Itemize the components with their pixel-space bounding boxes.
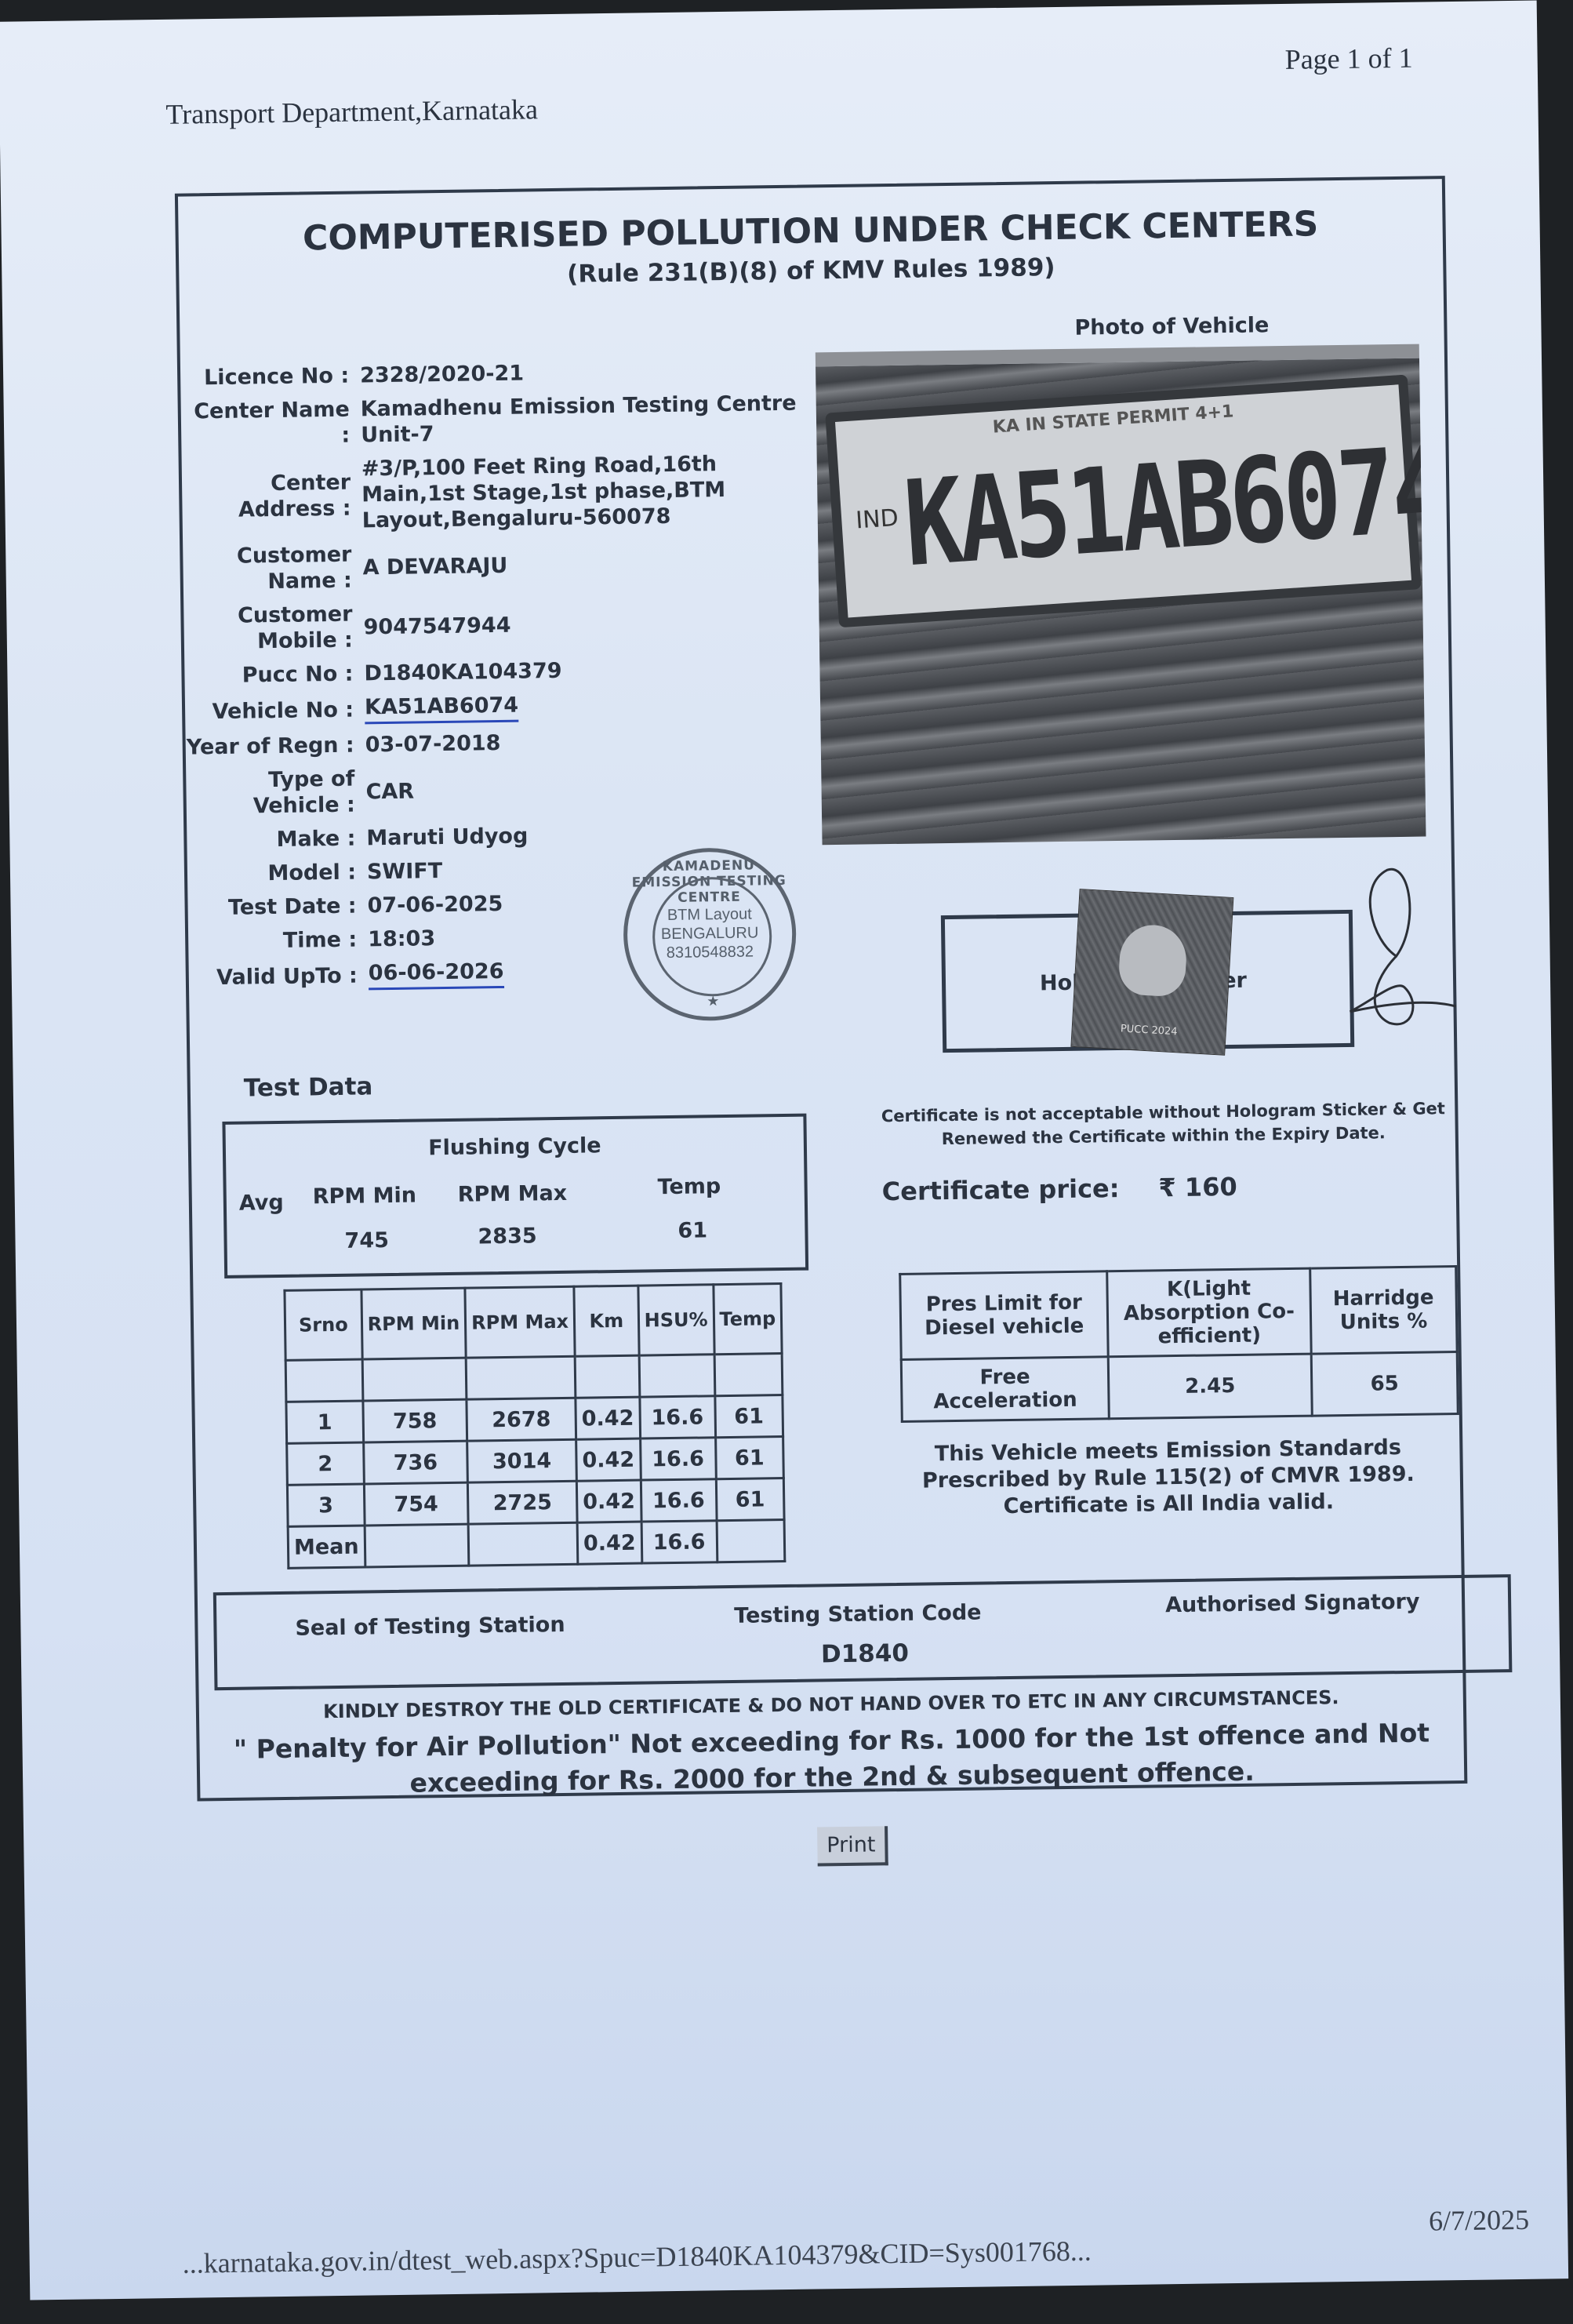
table-cell: [466, 1356, 576, 1399]
table-cell: 754: [364, 1482, 468, 1526]
flushing-header: Temp: [657, 1174, 721, 1199]
field-row: Customer Mobile :9047547944: [183, 595, 827, 655]
table-row: 273630140.4216.661: [287, 1437, 784, 1486]
table-cell: Mean: [288, 1526, 365, 1568]
table-row: 375427250.4216.661: [287, 1478, 784, 1527]
field-label: Valid UpTo :: [189, 962, 369, 991]
field-value-text: SWIFT: [367, 859, 443, 884]
table-cell: 736: [363, 1441, 467, 1484]
field-value: D1840KA104379: [364, 654, 827, 686]
field-value: #3/P,100 Feet Ring Road,16th Main,1st St…: [361, 449, 826, 533]
printed-certificate-page: Transport Department,Karnataka Page 1 of…: [0, 0, 1568, 2300]
star-icon: ★: [707, 993, 719, 1009]
testing-station-box: Seal of Testing Station Testing Station …: [213, 1574, 1513, 1690]
table-cell: [639, 1355, 715, 1397]
field-row: Type of Vehicle :CAR: [186, 759, 830, 820]
price-value: ₹ 160: [1158, 1172, 1237, 1202]
field-value-text: 9047547944: [363, 613, 510, 639]
field-value-text: CAR: [365, 779, 414, 804]
puc-certificate: COMPUTERISED POLLUTION UNDER CHECK CENTE…: [175, 176, 1467, 1801]
signatory-label: Authorised Signatory: [1165, 1590, 1420, 1618]
field-value: 2328/2020-21: [360, 356, 823, 388]
penalty-notice: " Penalty for Air Pollution" Not exceedi…: [215, 1715, 1448, 1804]
table-cell: 0.42: [576, 1397, 640, 1439]
table-cell: 1: [286, 1401, 363, 1443]
table-cell: [362, 1358, 467, 1401]
plate-number: KA51AB6074: [900, 421, 1426, 593]
field-value: Kamadhenu Emission Testing Centre Unit-7: [361, 390, 825, 448]
flushing-value: 2835: [478, 1224, 537, 1249]
table-cell: 61: [716, 1478, 784, 1521]
field-value-text: #3/P,100 Feet Ring Road,16th Main,1st St…: [361, 452, 726, 533]
table-cell: 65: [1311, 1352, 1458, 1417]
hologram-notice: Certificate is not acceptable without Ho…: [861, 1097, 1466, 1152]
field-value-text: 07-06-2025: [367, 892, 503, 918]
table-cell: 16.6: [641, 1479, 717, 1522]
page-indicator: Page 1 of 1: [1284, 42, 1413, 76]
table-cell: 3014: [467, 1439, 577, 1482]
station-code-label: Testing Station Code: [734, 1601, 982, 1628]
field-row: Make :Maruti Udyog: [187, 819, 830, 853]
table-cell: 2725: [468, 1481, 578, 1524]
column-header: RPM Max: [465, 1286, 575, 1358]
column-header: RPM Min: [361, 1288, 467, 1359]
field-row: Center Address :#3/P,100 Feet Ring Road,…: [182, 449, 826, 536]
field-value-text: Maruti Udyog: [366, 824, 528, 851]
table-cell: [575, 1355, 639, 1398]
table-cell: 2.45: [1108, 1354, 1312, 1419]
field-row: Pucc No :D1840KA104379: [184, 654, 827, 689]
field-row: Customer Name :A DEVARAJU: [183, 535, 826, 595]
field-label: Type of Vehicle :: [186, 766, 366, 820]
field-value-text: D1840KA104379: [364, 659, 562, 686]
seal-line-1: BTM Layout: [627, 904, 792, 926]
flushing-cycle-box: Flushing Cycle Avg RPM Min RPM Max Temp …: [222, 1114, 808, 1278]
flushing-header: RPM Max: [458, 1181, 568, 1207]
flushing-title: Flushing Cycle: [226, 1131, 804, 1163]
column-header: HSU%: [638, 1285, 714, 1355]
station-code-value: D1840: [821, 1639, 910, 1669]
price-label: Certificate price:: [881, 1173, 1119, 1206]
footer-date: 6/7/2025: [1429, 2203, 1530, 2238]
test-readings-table: SrnoRPM MinRPM MaxKmHSU%Temp175826780.42…: [283, 1282, 786, 1569]
table-cell: [468, 1522, 578, 1566]
field-value: A DEVARAJU: [362, 548, 826, 580]
vehicle-photo: KA IN STATE PERMIT 4+1 IND KA51AB6074: [816, 344, 1426, 846]
seal-line-2: BENGALURU: [627, 923, 792, 944]
table-cell: 61: [715, 1437, 783, 1479]
print-button[interactable]: Print: [817, 1826, 888, 1866]
flushing-row-label: Avg: [239, 1191, 284, 1216]
signature-icon: [1340, 861, 1460, 1035]
photo-caption: Photo of Vehicle: [1023, 312, 1321, 340]
table-row: Mean0.4216.6: [288, 1520, 785, 1569]
field-row: Licence No :2328/2020-21: [180, 356, 823, 391]
field-label: Vehicle No :: [185, 696, 365, 725]
field-value: KA51AB6074: [365, 688, 828, 724]
emblem-icon: [1117, 923, 1188, 998]
column-header: Temp: [713, 1284, 782, 1355]
field-label: Year of Regn :: [186, 732, 365, 760]
table-cell: 0.42: [577, 1522, 641, 1564]
table-cell: 16.6: [641, 1521, 717, 1563]
field-label: Pucc No :: [184, 660, 364, 689]
seal-line-3: 8310548832: [627, 942, 792, 963]
field-row: Year of Regn :03-07-2018: [186, 726, 829, 760]
table-cell: 16.6: [640, 1438, 716, 1480]
flushing-value: 745: [344, 1228, 389, 1253]
field-label: Center Address :: [182, 469, 362, 523]
footer-url: ...karnataka.gov.in/dtest_web.aspx?Spuc=…: [182, 2235, 1092, 2280]
table-cell: [365, 1524, 469, 1567]
field-value-text: 06-06-2026: [369, 958, 504, 990]
diesel-limits-table: Pres Limit for Diesel vehicleK(Light Abs…: [899, 1265, 1459, 1423]
department-header: Transport Department,Karnataka: [165, 93, 538, 131]
table-cell: 3: [287, 1484, 364, 1526]
field-label: Customer Name :: [183, 541, 363, 595]
table-cell: 0.42: [576, 1438, 641, 1481]
field-value-text: 03-07-2018: [365, 731, 501, 757]
plate-prefix: IND: [855, 504, 899, 535]
table-cell: [285, 1359, 362, 1402]
test-data-heading: Test Data: [244, 1072, 373, 1102]
flushing-header: RPM Min: [313, 1184, 417, 1209]
hologram-sticker: PUCC 2024: [1070, 889, 1233, 1056]
flushing-value: 61: [678, 1218, 707, 1243]
field-row: Vehicle No :KA51AB6074: [185, 688, 828, 726]
table-cell: 2: [287, 1442, 364, 1485]
table-row: [285, 1354, 783, 1402]
field-value-text: 18:03: [368, 926, 435, 951]
number-plate: KA IN STATE PERMIT 4+1 IND KA51AB6074: [825, 375, 1422, 628]
table-cell: 2678: [467, 1398, 576, 1441]
field-value-text: 2328/2020-21: [360, 362, 524, 388]
field-value: Maruti Udyog: [366, 819, 830, 851]
plate-top-text: KA IN STATE PERMIT 4+1: [992, 402, 1234, 437]
table-cell: 0.42: [576, 1480, 641, 1522]
field-label: Customer Mobile :: [183, 601, 364, 655]
table-cell: 758: [363, 1399, 467, 1442]
field-value-text: Kamadhenu Emission Testing Centre Unit-7: [361, 391, 797, 448]
field-label: Center Name :: [181, 396, 361, 450]
field-label: Test Date :: [187, 893, 367, 921]
field-value-text: A DEVARAJU: [362, 553, 507, 580]
table-cell: [717, 1520, 785, 1562]
testing-centre-seal: KAMADENU EMISSION TESTING CENTRE BTM Lay…: [623, 847, 797, 1022]
seal-label: Seal of Testing Station: [295, 1613, 565, 1641]
field-value-text: KA51AB6074: [365, 693, 519, 725]
table-row: Free Acceleration2.4565: [901, 1352, 1458, 1422]
field-value: 9047547944: [363, 608, 826, 640]
sticker-text: PUCC 2024: [1072, 1020, 1226, 1041]
column-header: Km: [574, 1286, 639, 1356]
table-cell: Free Acceleration: [901, 1357, 1109, 1422]
table-row: 175826780.4216.661: [286, 1395, 783, 1444]
table-cell: [714, 1354, 783, 1396]
table-cell: 61: [714, 1395, 783, 1438]
column-header: Srno: [285, 1289, 362, 1360]
column-header: Pres Limit for Diesel vehicle: [900, 1271, 1109, 1360]
field-row: Center Name :Kamadhenu Emission Testing …: [181, 390, 825, 450]
column-header: Harridge Units %: [1310, 1267, 1458, 1355]
emission-standards-statement: This Vehicle meets Emission Standards Pr…: [885, 1434, 1451, 1522]
table-cell: 16.6: [640, 1396, 716, 1438]
field-value: 03-07-2018: [365, 726, 829, 758]
field-value: CAR: [365, 773, 829, 805]
field-label: Licence No :: [180, 362, 360, 391]
seal-text: BTM Layout BENGALURU 8310548832: [627, 904, 793, 963]
certificate-price: Certificate price:₹ 160: [881, 1172, 1237, 1206]
field-label: Model :: [187, 859, 367, 887]
field-label: Time :: [188, 926, 368, 955]
column-header: K(Light Absorption Co-efficient): [1107, 1268, 1311, 1357]
field-label: Make :: [187, 825, 366, 853]
